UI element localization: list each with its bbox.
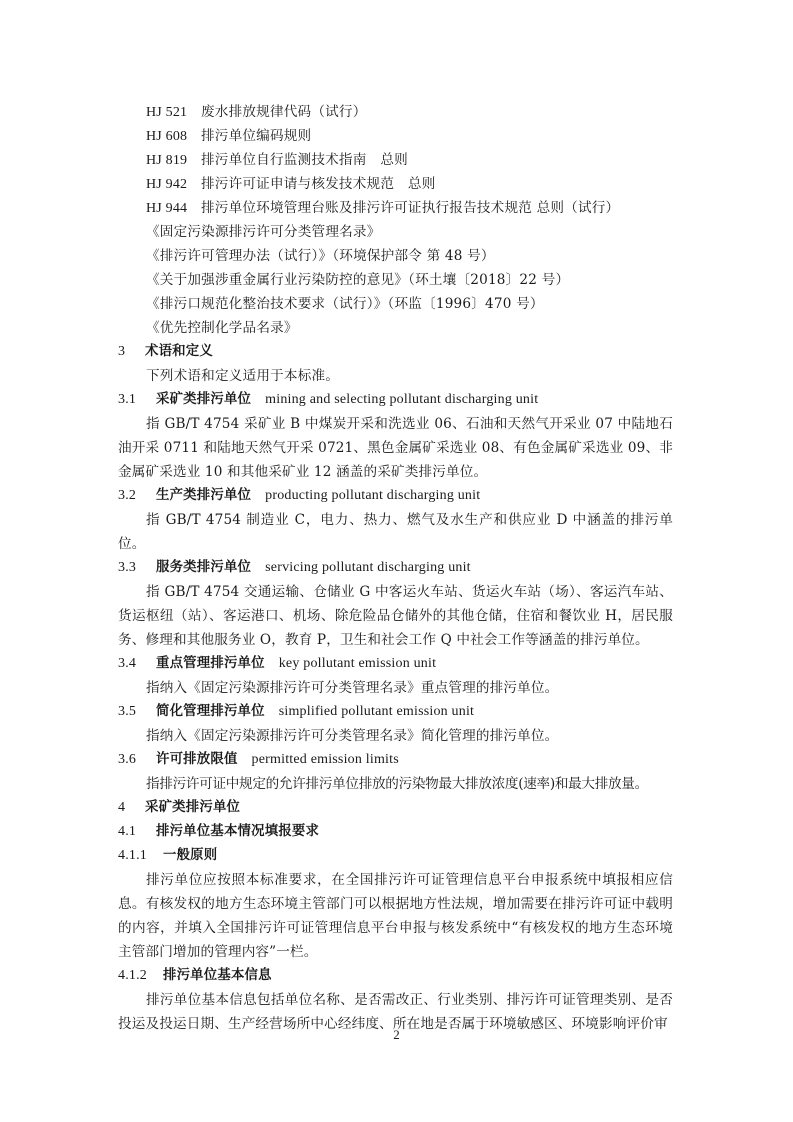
- standard-title: 排污单位编码规则: [201, 128, 311, 144]
- subsection-title: 排污单位基本信息: [163, 968, 272, 983]
- subsection-body: 排污单位应按照本标准要求，在全国排污许可证管理信息平台申报系统中填报相应信息。有…: [118, 868, 673, 964]
- term-heading-3-3: 3.3服务类排污单位servicing pollutant dischargin…: [118, 556, 673, 580]
- term-definition: 指 GB/T 4754 制造业 C，电力、热力、燃气及水生产和供应业 D 中涵盖…: [118, 508, 673, 556]
- term-english: mining and selecting pollutant dischargi…: [265, 392, 538, 407]
- reference-item: HJ 521废水排放规律代码（试行）: [118, 100, 673, 124]
- term-english: permitted emission limits: [252, 752, 399, 767]
- standard-title: 废水排放规律代码（试行）: [201, 104, 367, 120]
- reference-item: HJ 608排污单位编码规则: [118, 124, 673, 148]
- subsection-title: 排污单位基本情况填报要求: [156, 824, 319, 839]
- standard-code: HJ 819: [146, 149, 201, 173]
- term-definition: 指排污许可证中规定的允许排污单位排放的污染物最大排放浓度(速率)和最大排放量。: [118, 772, 673, 796]
- term-heading-3-4: 3.4重点管理排污单位key pollutant emission unit: [118, 652, 673, 676]
- term-definition: 指纳入《固定污染源排污许可分类管理名录》重点管理的排污单位。: [118, 676, 673, 700]
- term-title: 服务类排污单位: [156, 560, 251, 575]
- term-number: 3.1: [118, 388, 156, 412]
- subsection-heading-4-1-1: 4.1.1一般原则: [118, 844, 673, 868]
- reference-item: HJ 942排污许可证申请与核发技术规范 总则: [118, 172, 673, 196]
- term-number: 3.2: [118, 484, 156, 508]
- standard-code: HJ 944: [146, 197, 201, 221]
- term-heading-3-6: 3.6许可排放限值permitted emission limits: [118, 748, 673, 772]
- term-title: 简化管理排污单位: [156, 704, 265, 719]
- section-intro: 下列术语和定义适用于本标准。: [118, 364, 673, 388]
- document-reference: 《排污许可管理办法（试行）》（环境保护部令 第 48 号）: [118, 244, 673, 268]
- standard-title: 排污许可证申请与核发技术规范 总则: [201, 176, 436, 192]
- term-heading-3-2: 3.2生产类排污单位producting pollutant dischargi…: [118, 484, 673, 508]
- document-reference: 《关于加强涉重金属行业污染防控的意见》（环土壤〔2018〕22 号）: [118, 268, 673, 292]
- section-number: 4: [118, 796, 145, 820]
- standard-code: HJ 608: [146, 125, 201, 149]
- standard-title: 排污单位环境管理台账及排污许可证执行报告技术规范 总则（试行）: [201, 200, 619, 216]
- section-number: 3: [118, 340, 145, 364]
- subsection-number: 4.1: [118, 820, 156, 844]
- term-definition: 指 GB/T 4754 交通运输、仓储业 G 中客运火车站、货运火车站（场）、客…: [118, 580, 673, 652]
- standard-code: HJ 942: [146, 173, 201, 197]
- subsection-number: 4.1.1: [118, 844, 163, 868]
- section-title: 采矿类排污单位: [145, 800, 240, 815]
- document-reference: 《固定污染源排污许可分类管理名录》: [118, 220, 673, 244]
- term-english: servicing pollutant discharging unit: [265, 560, 471, 575]
- term-english: key pollutant emission unit: [279, 656, 436, 671]
- reference-list: HJ 521废水排放规律代码（试行） HJ 608排污单位编码规则 HJ 819…: [118, 100, 673, 340]
- term-title: 许可排放限值: [156, 752, 238, 767]
- term-number: 3.5: [118, 700, 156, 724]
- term-definition: 指纳入《固定污染源排污许可分类管理名录》简化管理的排污单位。: [118, 724, 673, 748]
- page-number: 2: [0, 1027, 793, 1043]
- term-heading-3-5: 3.5简化管理排污单位simplified pollutant emission…: [118, 700, 673, 724]
- term-english: simplified pollutant emission unit: [279, 704, 474, 719]
- term-number: 3.4: [118, 652, 156, 676]
- term-heading-3-1: 3.1采矿类排污单位mining and selecting pollutant…: [118, 388, 673, 412]
- reference-item: HJ 819排污单位自行监测技术指南 总则: [118, 148, 673, 172]
- subsection-number: 4.1.2: [118, 964, 163, 988]
- document-reference: 《优先控制化学品名录》: [118, 316, 673, 340]
- subsection-heading-4-1: 4.1排污单位基本情况填报要求: [118, 820, 673, 844]
- term-title: 采矿类排污单位: [156, 392, 251, 407]
- subsection-title: 一般原则: [163, 848, 217, 863]
- standard-code: HJ 521: [146, 101, 201, 125]
- term-definition: 指 GB/T 4754 采矿业 B 中煤炭开采和洗选业 06、石油和天然气开采业…: [118, 412, 673, 484]
- section-title: 术语和定义: [145, 344, 213, 359]
- term-title: 生产类排污单位: [156, 488, 251, 503]
- subsection-heading-4-1-2: 4.1.2排污单位基本信息: [118, 964, 673, 988]
- reference-item: HJ 944排污单位环境管理台账及排污许可证执行报告技术规范 总则（试行）: [118, 196, 673, 220]
- document-page: HJ 521废水排放规律代码（试行） HJ 608排污单位编码规则 HJ 819…: [118, 100, 673, 1036]
- term-number: 3.6: [118, 748, 156, 772]
- section-heading-3: 3术语和定义: [118, 340, 673, 364]
- term-english: producting pollutant discharging unit: [265, 488, 480, 503]
- document-reference: 《排污口规范化整治技术要求（试行）》（环监〔1996〕470 号）: [118, 292, 673, 316]
- section-heading-4: 4采矿类排污单位: [118, 796, 673, 820]
- standard-title: 排污单位自行监测技术指南 总则: [201, 152, 408, 168]
- term-number: 3.3: [118, 556, 156, 580]
- term-title: 重点管理排污单位: [156, 656, 265, 671]
